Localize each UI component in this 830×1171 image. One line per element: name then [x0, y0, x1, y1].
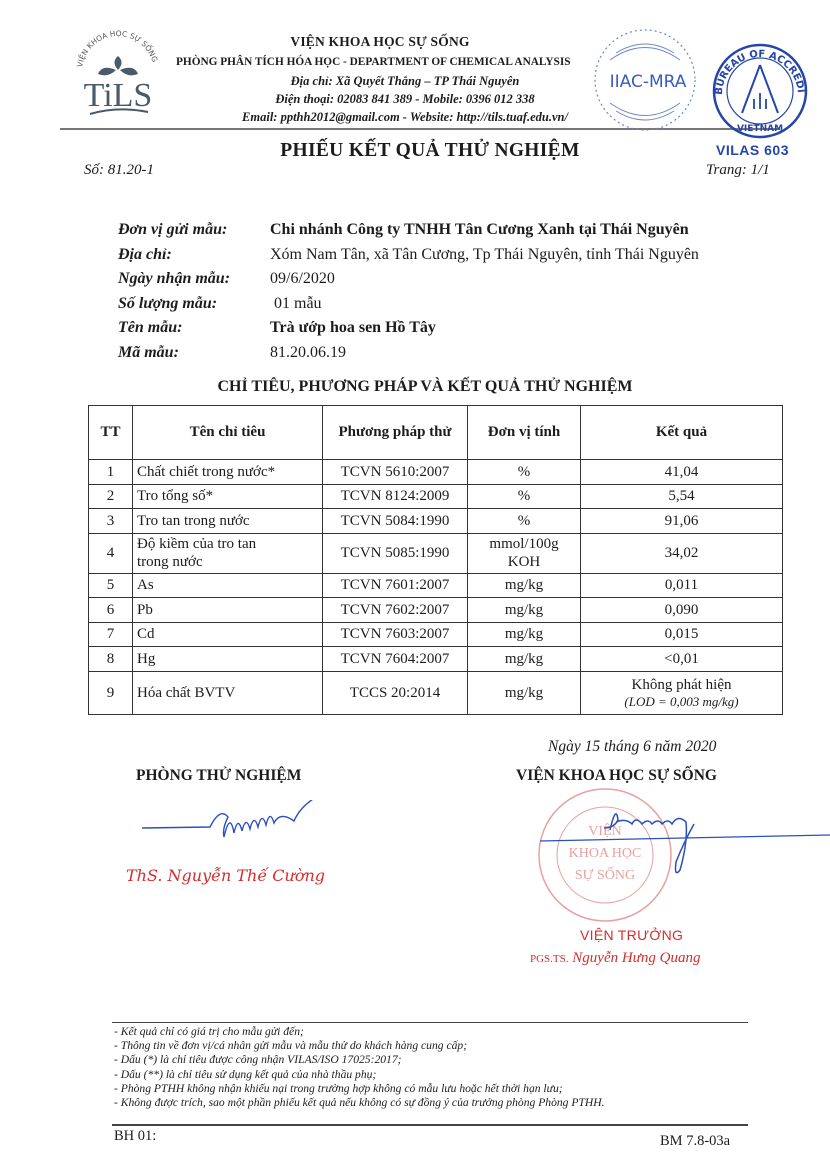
institute-signature-title: VIỆN KHOA HỌC SỰ SỐNG: [516, 767, 717, 785]
results-table: TT Tên chỉ tiêu Phương pháp thử Đơn vị t…: [88, 405, 783, 715]
footer-notes: - Kết quả chỉ có giá trị cho mẫu gửi đến…: [114, 1025, 605, 1110]
note-item: - Không được trích, sao một phần phiếu k…: [114, 1096, 605, 1110]
info-value: Trà ướp hoa sen Hồ Tây: [270, 319, 436, 337]
cell-result: 5,54: [581, 484, 783, 509]
cell-tt: 5: [89, 573, 133, 598]
svg-text:TiLS: TiLS: [84, 77, 153, 114]
info-value: Xóm Nam Tân, xã Tân Cương, Tp Thái Nguyê…: [270, 246, 699, 264]
cell-name: Hóa chất BVTV: [133, 671, 323, 714]
note-item: - Dấu (**) là chỉ tiêu sử dụng kết quả c…: [114, 1068, 605, 1082]
info-value: 81.20.06.19: [270, 344, 346, 362]
footer-divider-bottom: [112, 1124, 748, 1126]
cell-name: Pb: [133, 598, 323, 623]
director-name: PGS.TS. Nguyễn Hưng Quang: [530, 950, 700, 967]
table-row: 2Tro tổng số*TCVN 8124:2009%5,54: [89, 484, 783, 509]
table-row: 7CdTCVN 7603:2007mg/kg0,015: [89, 622, 783, 647]
info-label: Số lượng mẫu:: [118, 295, 270, 313]
lod-note: (LOD = 0,003 mg/kg): [585, 694, 778, 710]
cell-method: TCCS 20:2014: [323, 671, 468, 714]
col-header-tt: TT: [89, 406, 133, 460]
cell-name: Tro tan trong nước: [133, 509, 323, 534]
cell-name: Độ kiềm của tro tan trong nước: [133, 533, 323, 573]
document-title: PHIẾU KẾT QUẢ THỬ NGHIỆM: [200, 140, 660, 162]
info-label: Địa chỉ:: [118, 246, 270, 264]
lab-signature-title: PHÒNG THỬ NGHIỆM: [136, 767, 301, 785]
director-signature-icon: [540, 800, 830, 880]
table-row: 1Chất chiết trong nước*TCVN 5610:2007%41…: [89, 460, 783, 485]
col-header-unit: Đơn vị tính: [468, 406, 581, 460]
tils-logo: VIỆN KHOA HỌC SỰ SỐNG TiLS: [68, 26, 168, 126]
vilas-accreditation-stamp-icon: BUREAU OF ACCREDITATION VIETNAM: [708, 35, 810, 145]
cell-result: <0,01: [581, 647, 783, 672]
info-label: Mã mẫu:: [118, 344, 270, 362]
cell-result: 34,02: [581, 533, 783, 573]
svg-text:IIAC-MRA: IIAC-MRA: [610, 72, 687, 92]
cell-result: 41,04: [581, 460, 783, 485]
cell-method: TCVN 5610:2007: [323, 460, 468, 485]
info-value: 01 mẫu: [270, 295, 322, 313]
cell-unit: mg/kg: [468, 622, 581, 647]
table-row: 6PbTCVN 7602:2007mg/kg0,090: [89, 598, 783, 623]
document-number: Số: 81.20-1: [84, 162, 154, 179]
cell-result: 0,011: [581, 573, 783, 598]
table-row: 5AsTCVN 7601:2007mg/kg0,011: [89, 573, 783, 598]
cell-result: 91,06: [581, 509, 783, 534]
info-value: Chi nhánh Công ty TNHH Tân Cương Xanh tạ…: [270, 221, 689, 239]
table-row: 4Độ kiềm của tro tan trong nướcTCVN 5085…: [89, 533, 783, 573]
sample-info: Đơn vị gửi mẫu: Chi nhánh Công ty TNHH T…: [118, 218, 699, 365]
lab-signer-name: ThS. Nguyễn Thế Cường: [126, 866, 325, 885]
cell-unit: mg/kg: [468, 573, 581, 598]
cell-tt: 4: [89, 533, 133, 573]
table-header-row: TT Tên chỉ tiêu Phương pháp thử Đơn vị t…: [89, 406, 783, 460]
cell-result: 0,090: [581, 598, 783, 623]
footer-divider-top: [112, 1022, 748, 1023]
cell-unit: mg/kg: [468, 598, 581, 623]
form-code-left: BH 01:: [114, 1128, 156, 1145]
note-item: - Thông tin về đơn vị/cá nhân gửi mẫu và…: [114, 1039, 605, 1053]
page-indicator: Trang: 1/1: [706, 162, 770, 179]
info-label: Tên mẫu:: [118, 319, 270, 337]
cell-method: TCVN 7602:2007: [323, 598, 468, 623]
svg-text:VIETNAM: VIETNAM: [737, 124, 783, 134]
report-date: Ngày 15 tháng 6 năm 2020: [548, 738, 716, 756]
note-item: - Kết quả chỉ có giá trị cho mẫu gửi đến…: [114, 1025, 605, 1039]
cell-result: 0,015: [581, 622, 783, 647]
cell-tt: 9: [89, 671, 133, 714]
address: Địa chỉ: Xã Quyết Thắng – TP Thái Nguyên: [210, 74, 600, 89]
table-row: 8HgTCVN 7604:2007mg/kg<0,01: [89, 647, 783, 672]
cell-result: Không phát hiện(LOD = 0,003 mg/kg): [581, 671, 783, 714]
table-row: 3Tro tan trong nướcTCVN 5084:1990%91,06: [89, 509, 783, 534]
institute-name: VIỆN KHOA HỌC SỰ SỐNG: [180, 34, 580, 50]
info-row-sample-code: Mã mẫu: 81.20.06.19: [118, 341, 699, 366]
info-row-sender: Đơn vị gửi mẫu: Chi nhánh Công ty TNHH T…: [118, 218, 699, 243]
cell-unit: mg/kg: [468, 647, 581, 672]
lab-signature-icon: [140, 800, 360, 850]
cell-method: TCVN 5085:1990: [323, 533, 468, 573]
note-item: - Phòng PTHH không nhận khiếu nại trong …: [114, 1082, 605, 1096]
director-name-text: Nguyễn Hưng Quang: [572, 950, 700, 966]
note-item: - Dấu (*) là chỉ tiêu được công nhận VIL…: [114, 1053, 605, 1067]
col-header-method: Phương pháp thử: [323, 406, 468, 460]
cell-method: TCVN 7603:2007: [323, 622, 468, 647]
col-header-name: Tên chỉ tiêu: [133, 406, 323, 460]
cell-method: TCVN 7601:2007: [323, 573, 468, 598]
cell-unit: %: [468, 484, 581, 509]
email-website: Email: ppthh2012@gmail.com - Website: ht…: [200, 110, 610, 125]
cell-name: As: [133, 573, 323, 598]
info-label: Ngày nhận mẫu:: [118, 270, 270, 288]
cell-name: Chất chiết trong nước*: [133, 460, 323, 485]
cell-name: Cd: [133, 622, 323, 647]
cell-unit: %: [468, 460, 581, 485]
director-role: VIỆN TRƯỞNG: [580, 927, 683, 943]
cell-tt: 7: [89, 622, 133, 647]
form-code-right: BM 7.8-03a: [660, 1133, 730, 1150]
cell-method: TCVN 8124:2009: [323, 484, 468, 509]
cell-tt: 8: [89, 647, 133, 672]
cell-tt: 1: [89, 460, 133, 485]
col-header-result: Kết quả: [581, 406, 783, 460]
results-section-title: CHỈ TIÊU, PHƯƠNG PHÁP VÀ KẾT QUẢ THỬ NGH…: [120, 378, 730, 396]
info-value: 09/6/2020: [270, 270, 335, 288]
cell-name: Hg: [133, 647, 323, 672]
info-row-received-date: Ngày nhận mẫu: 09/6/2020: [118, 267, 699, 292]
cell-unit: %: [468, 509, 581, 534]
cell-name: Tro tổng số*: [133, 484, 323, 509]
table-row: 9Hóa chất BVTVTCCS 20:2014mg/kgKhông phá…: [89, 671, 783, 714]
info-row-quantity: Số lượng mẫu: 01 mẫu: [118, 292, 699, 317]
cell-tt: 6: [89, 598, 133, 623]
vilas-code: VILAS 603: [716, 142, 789, 158]
director-title-prefix: PGS.TS.: [530, 953, 569, 965]
info-row-address: Địa chỉ: Xóm Nam Tân, xã Tân Cương, Tp T…: [118, 243, 699, 268]
cell-unit: mmol/100g KOH: [468, 533, 581, 573]
ilac-mra-stamp-icon: IIAC-MRA: [590, 25, 700, 135]
cell-method: TCVN 5084:1990: [323, 509, 468, 534]
info-row-sample-name: Tên mẫu: Trà ướp hoa sen Hồ Tây: [118, 316, 699, 341]
cell-tt: 2: [89, 484, 133, 509]
cell-tt: 3: [89, 509, 133, 534]
phone: Điện thoại: 02083 841 389 - Mobile: 0396…: [210, 92, 600, 107]
cell-unit: mg/kg: [468, 671, 581, 714]
cell-method: TCVN 7604:2007: [323, 647, 468, 672]
info-label: Đơn vị gửi mẫu:: [118, 221, 270, 239]
department-name: PHÒNG PHÂN TÍCH HÓA HỌC - DEPARTMENT OF …: [176, 56, 616, 68]
